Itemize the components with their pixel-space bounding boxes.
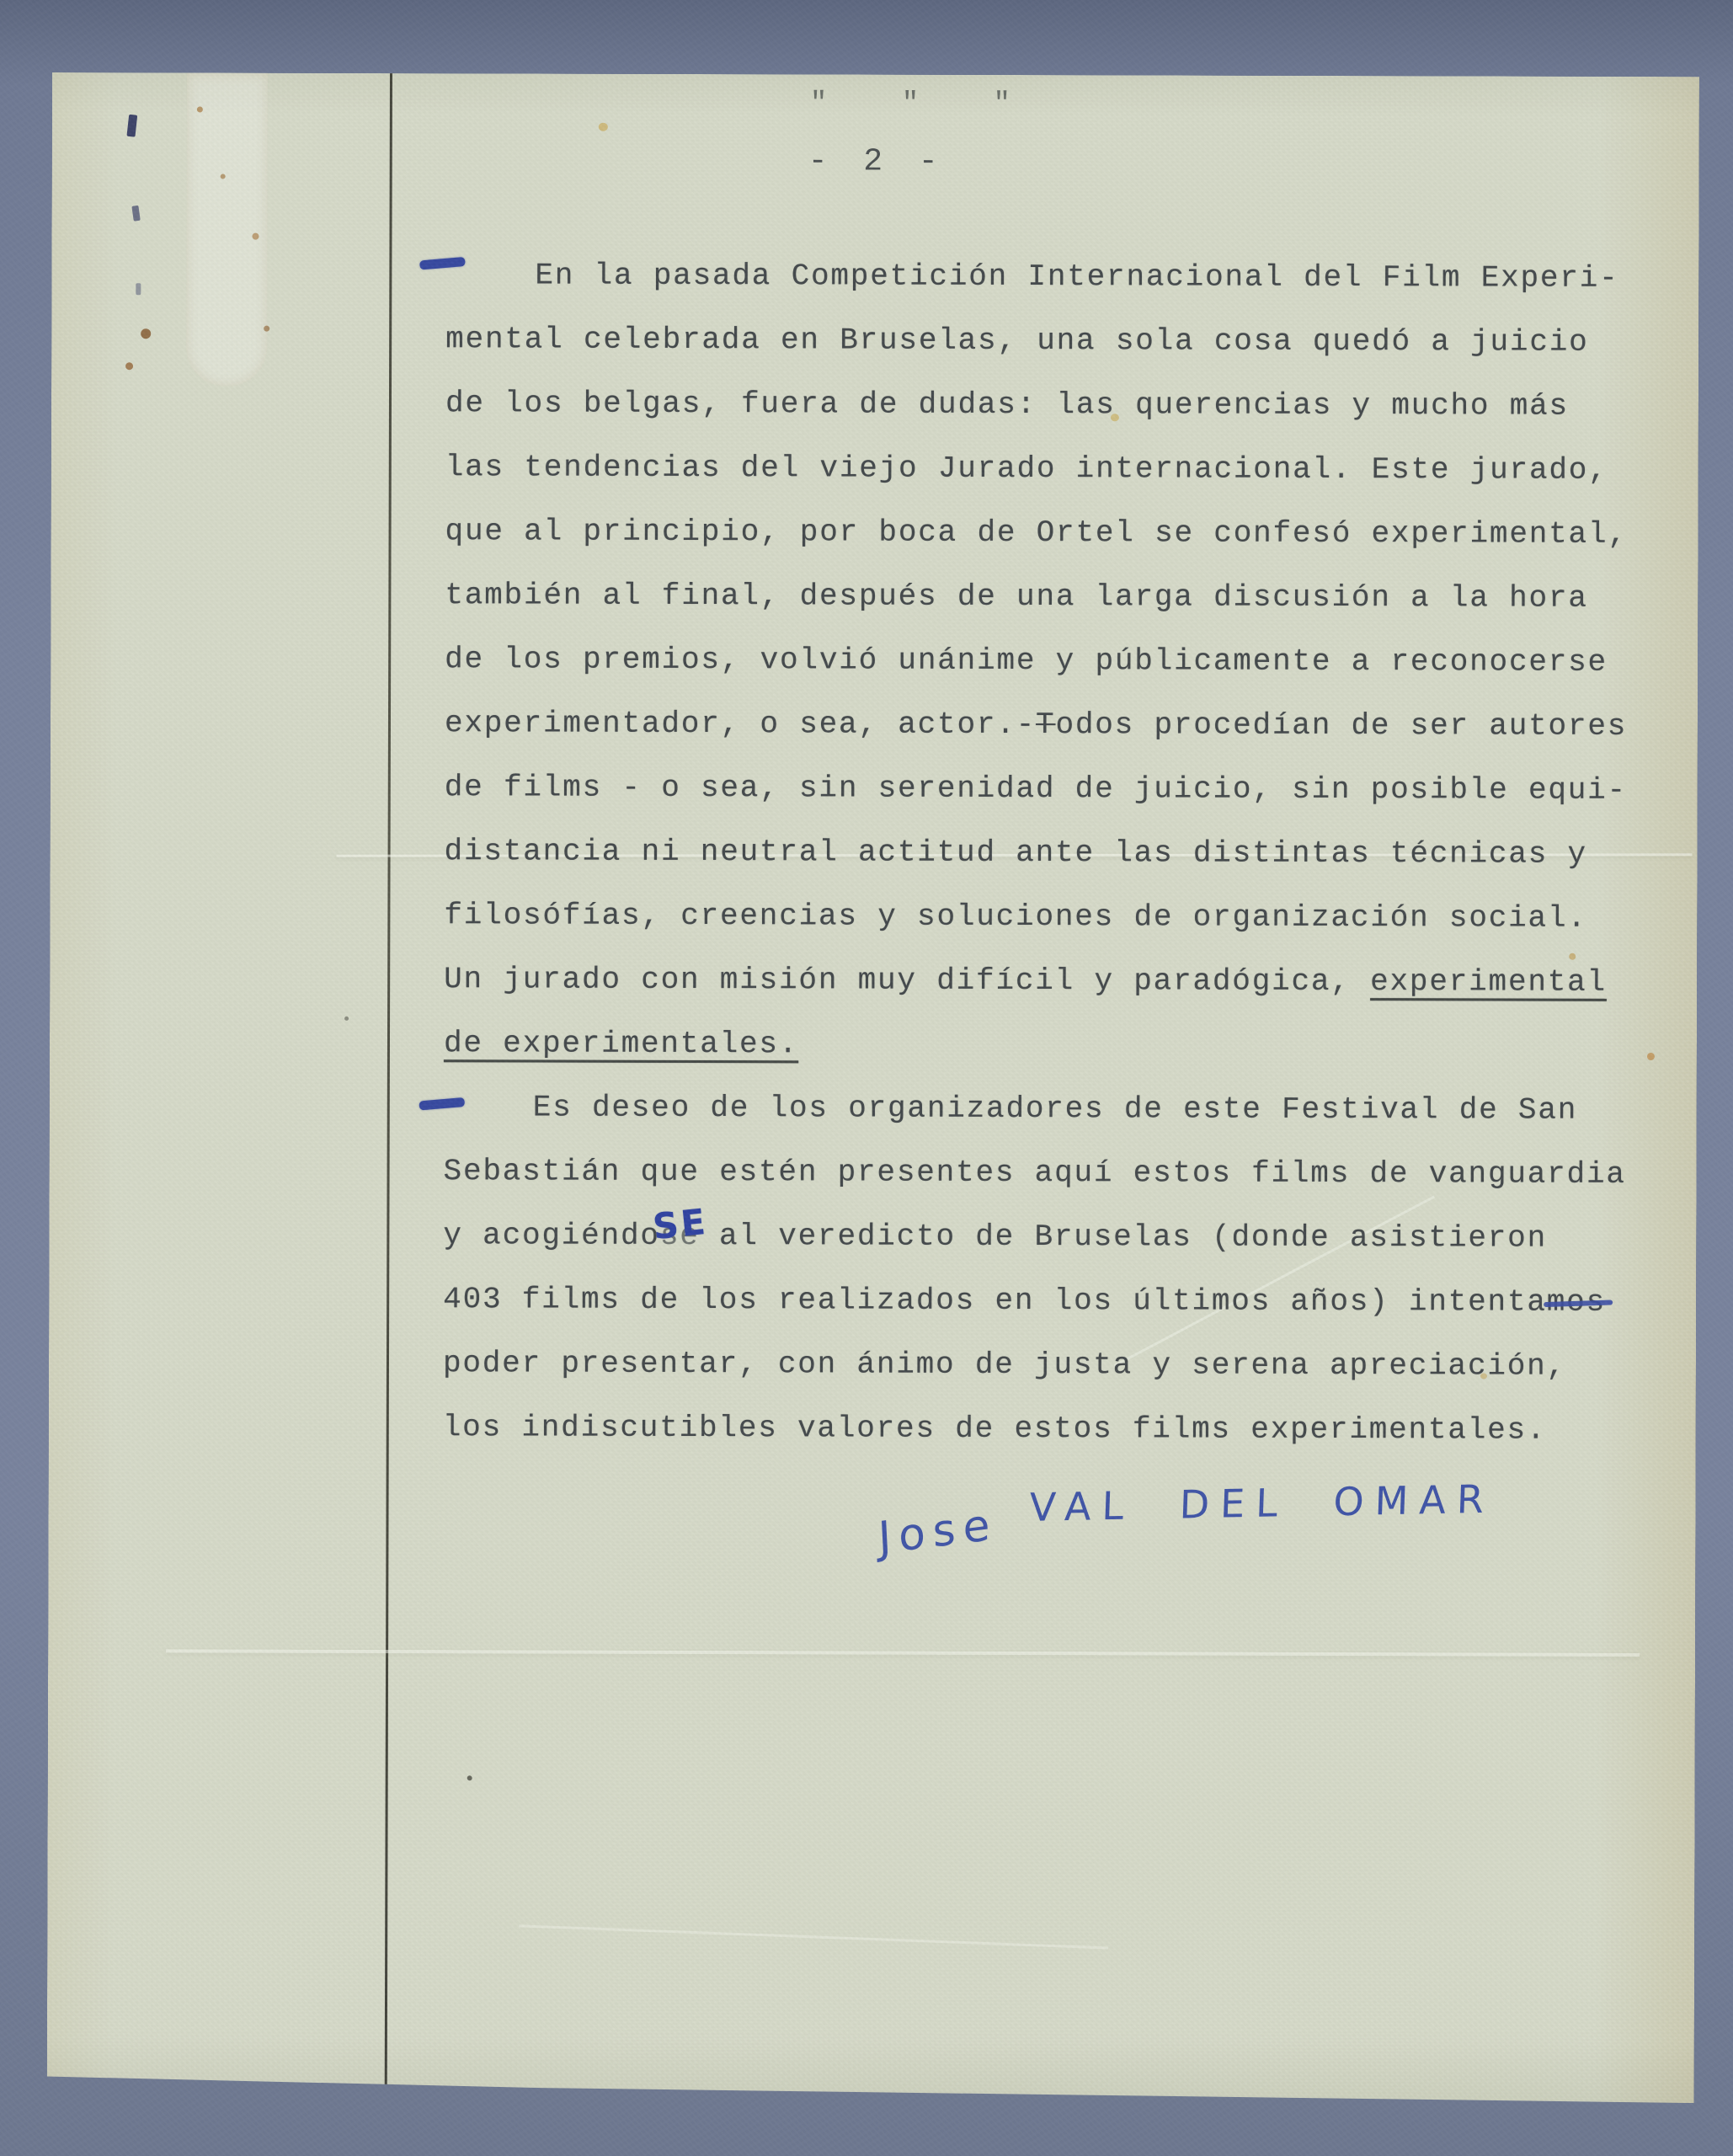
typed-segment: al veredicto de Bruselas (donde asistier… — [700, 1219, 1547, 1256]
typed-line-with-overstrike: experimentador, o sea, actor.-Todos proc… — [445, 691, 1674, 759]
typed-text-block: En la pasada Competición Internacional d… — [443, 243, 1676, 1463]
rust-speck — [197, 106, 203, 112]
underlined-word: experimental — [1370, 964, 1607, 1000]
paper-crease — [519, 1924, 1108, 1949]
typed-line: mental celebrada en Bruselas, una sola c… — [445, 307, 1675, 375]
document-page: " " " - 2 - En la pasada Competición Int… — [47, 72, 1699, 2103]
ditto-marks: " " " — [810, 88, 1039, 120]
vertical-fold-line — [385, 73, 392, 2100]
blue-struck-segment: mos — [1547, 1285, 1606, 1320]
typed-line: Es deseo de los organizadores de este Fe… — [444, 1075, 1673, 1143]
rust-speck — [141, 328, 151, 339]
typed-line: que al principio, por boca de Ortel se c… — [445, 499, 1674, 567]
ink-speck — [131, 205, 140, 221]
dark-speck — [344, 1017, 349, 1021]
typed-segment: 403 films de los realizados en los últim… — [443, 1282, 1547, 1319]
stain-spot — [599, 123, 608, 131]
dark-speck — [467, 1775, 472, 1780]
overstruck-letter: T — [1036, 707, 1056, 742]
ink-speck — [136, 283, 141, 295]
typed-segment: experimentador, o sea, actor.- — [445, 706, 1036, 742]
typed-line-with-correction: y acogiéndoseSE al veredicto de Bruselas… — [443, 1203, 1672, 1271]
ink-speck — [126, 115, 137, 137]
typed-segment: Un jurado con misión muy difícil y parad… — [444, 962, 1370, 999]
rust-speck — [264, 326, 269, 332]
typed-line: poder presentar, con ánimo de justa y se… — [443, 1331, 1672, 1399]
typed-line-with-underline: Un jurado con misión muy difícil y parad… — [444, 947, 1673, 1015]
typed-segment: odos procedían de ser autores — [1055, 707, 1627, 744]
underlined-phrase: de experimentales. — [444, 1026, 798, 1061]
typed-line: En la pasada Competición Internacional d… — [445, 243, 1675, 311]
page-number: - 2 - — [808, 143, 946, 179]
blue-ink-correction: SE — [650, 1190, 711, 1259]
typed-line: de films - o sea, sin serenidad de juici… — [445, 755, 1674, 823]
typed-line: también al final, después de una larga d… — [445, 563, 1674, 631]
typed-line: Sebastián que estén presentes aquí estos… — [443, 1139, 1672, 1207]
handwritten-correction: seSE — [660, 1204, 700, 1268]
scan-background: " " " - 2 - En la pasada Competición Int… — [0, 0, 1733, 2156]
typed-line: de los belgas, fuera de dudas: las quere… — [445, 371, 1675, 439]
typed-line: filosófías, creencias y soluciones de or… — [444, 883, 1673, 951]
signature-first-name: Jose — [877, 1499, 998, 1564]
rust-speck — [221, 174, 226, 179]
signature-surname: VAL DEL OMAR — [1029, 1476, 1496, 1530]
typed-line: distancia ni neutral actitud ante las di… — [444, 819, 1673, 887]
rust-speck — [125, 362, 133, 370]
typed-line-with-strikeout: 403 films de los realizados en los últim… — [443, 1267, 1672, 1335]
rust-speck — [252, 233, 259, 240]
typed-line-with-underline: de experimentales. — [444, 1011, 1673, 1079]
tape-residue-stain — [186, 72, 268, 386]
typed-line: de los premios, volvió unánime y pública… — [445, 627, 1674, 695]
typed-line: las tendencias del viejo Jurado internac… — [445, 435, 1675, 503]
typed-segment: y acogiéndo — [443, 1218, 660, 1253]
typed-line: los indiscutibles valores de estos films… — [443, 1396, 1672, 1463]
